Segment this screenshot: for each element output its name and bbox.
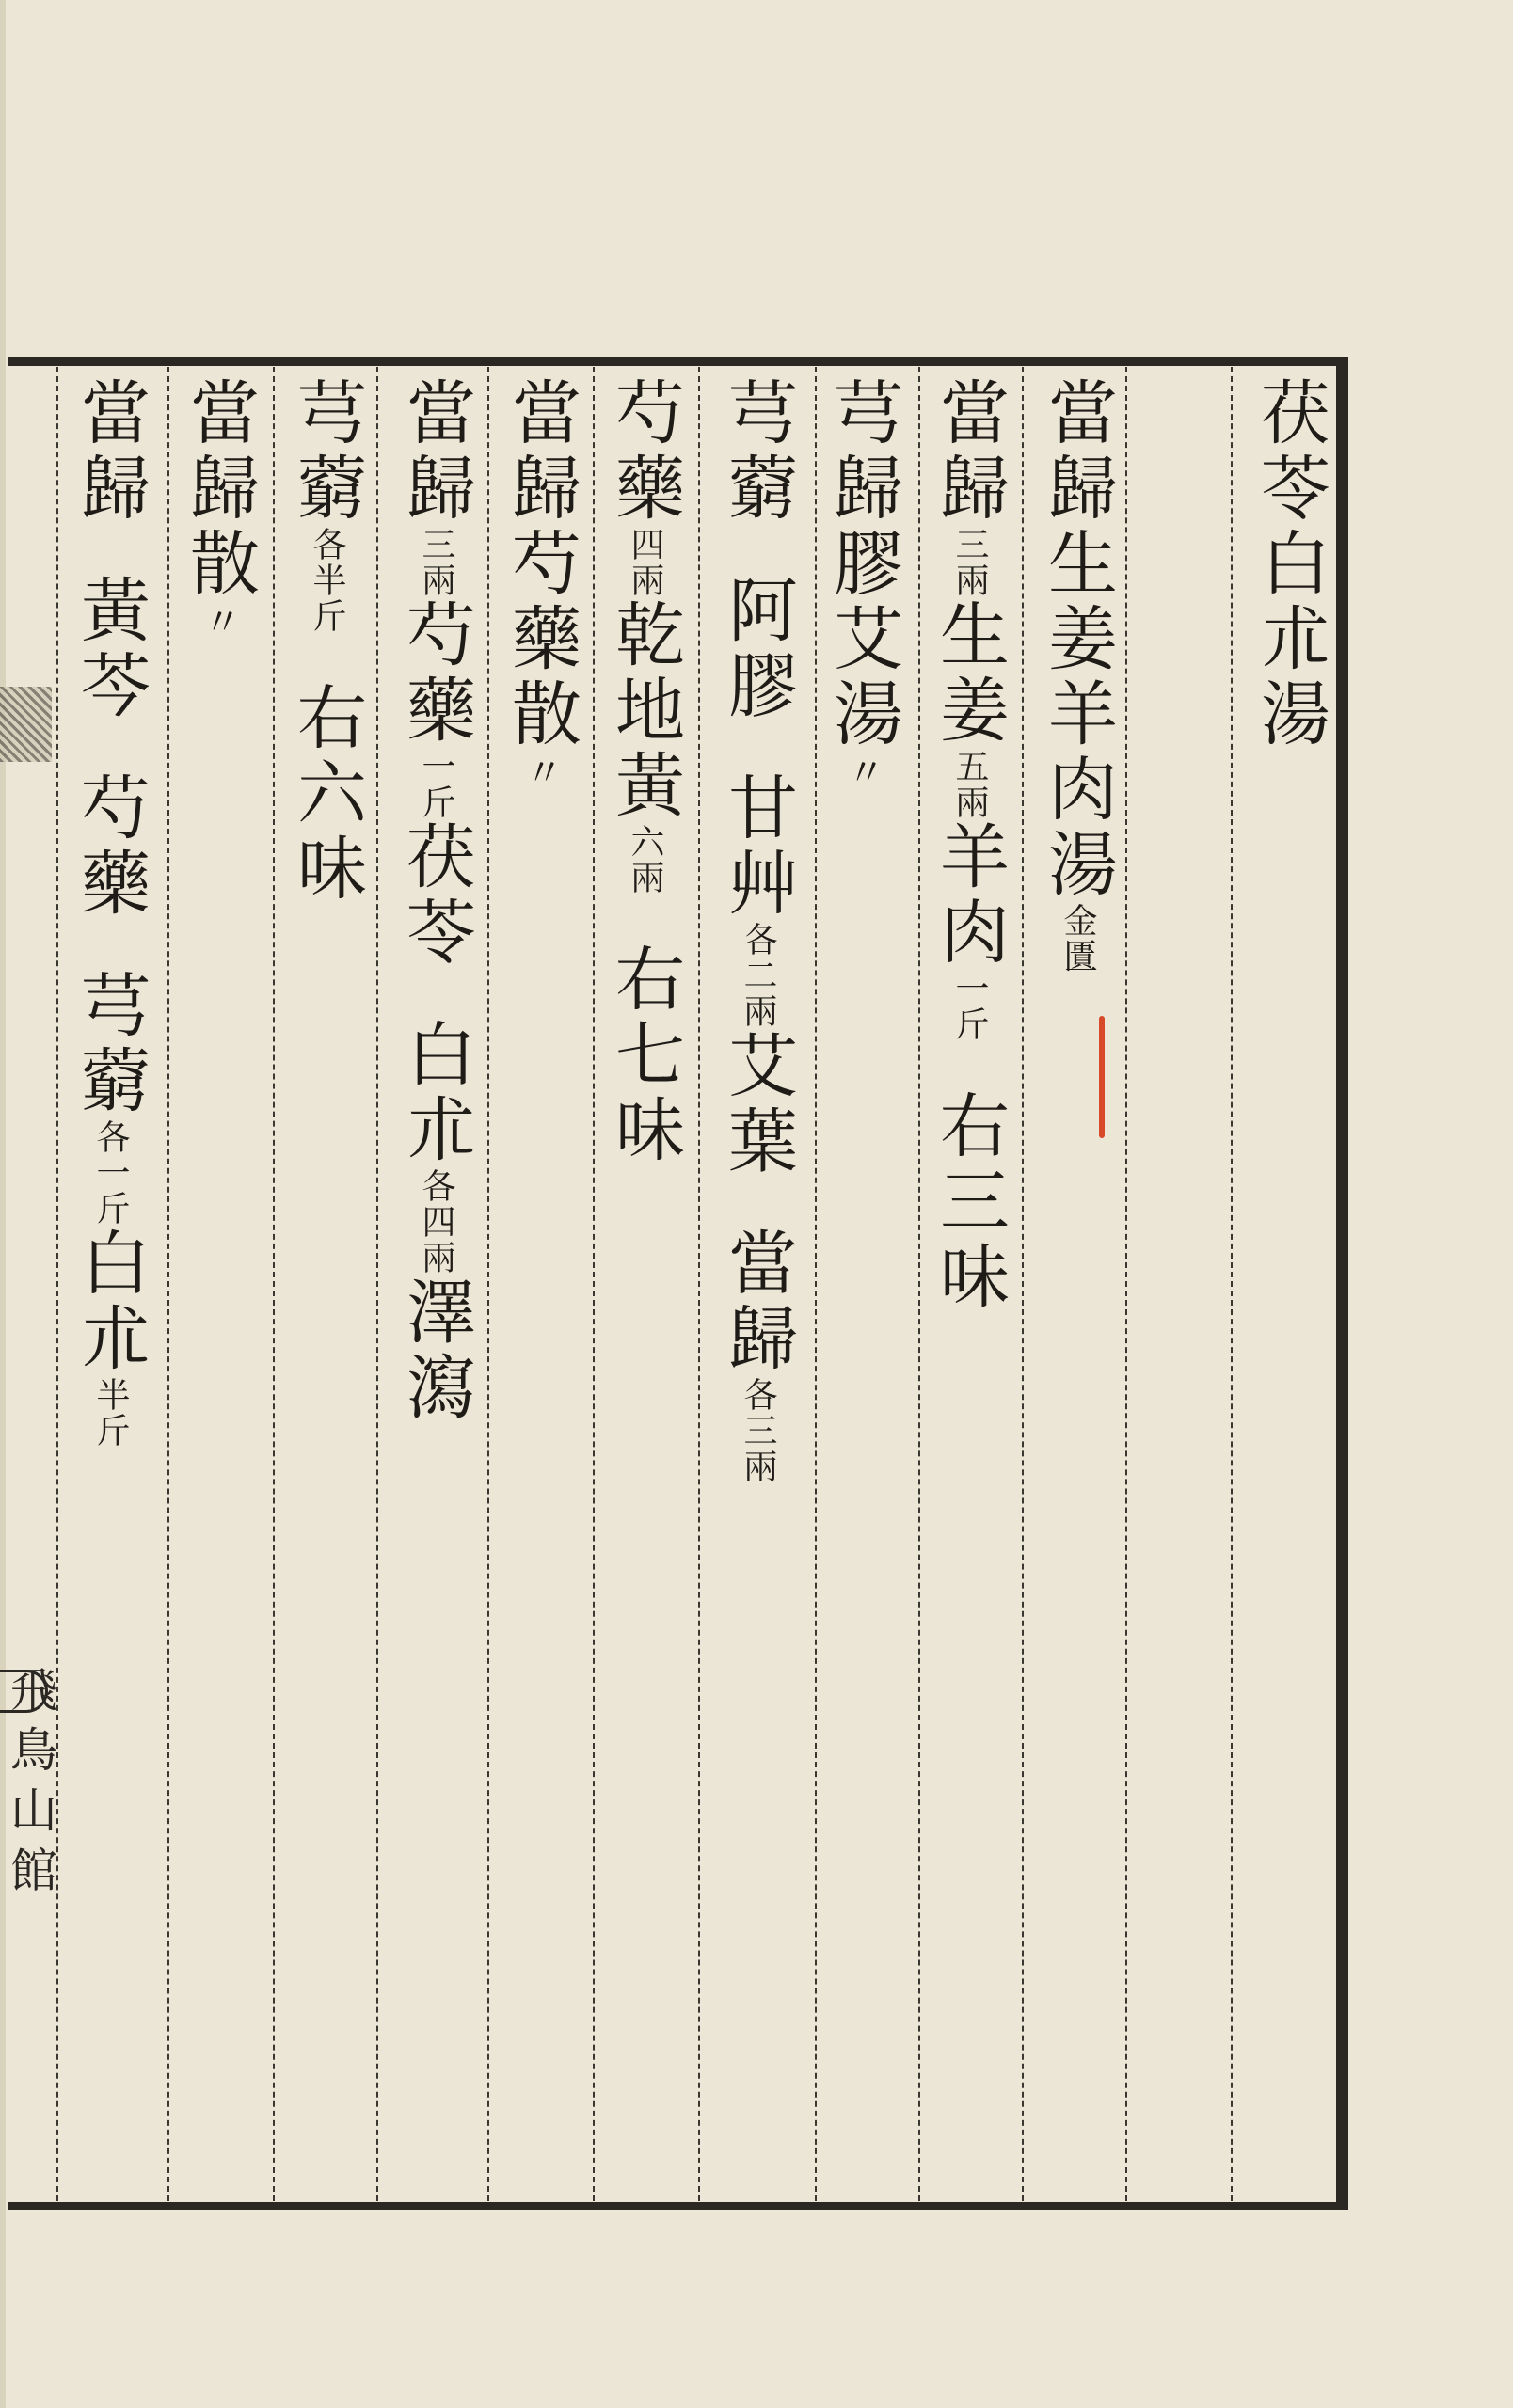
dosage-annotation: 各一斤 xyxy=(91,1119,130,1227)
text-column-heading: 芎歸膠艾湯〃 xyxy=(811,376,915,2192)
text-segment: 當歸生姜羊肉湯 xyxy=(1037,376,1118,903)
text-segment: 當歸 xyxy=(395,376,476,527)
text-segment: 阿膠 xyxy=(717,574,798,724)
text-column-ingredients: 當歸三兩生姜五兩羊肉一斤右三味 xyxy=(917,376,1021,2192)
text-column-ingredients: 芎藭各半斤右六味 xyxy=(275,376,378,2192)
text-segment: 芍藥 xyxy=(604,376,685,527)
text-column-ingredients: 芍藥四兩乾地黃六兩右七味 xyxy=(593,376,696,2192)
red-annotation-bracket xyxy=(1099,1016,1105,1138)
text-segment: 乾地黃 xyxy=(604,598,685,824)
text-segment: 茯苓 xyxy=(395,820,476,971)
text-segment: 當歸 xyxy=(70,376,151,527)
text-segment: 右三味 xyxy=(929,1089,1010,1315)
text-column-heading: 茯苓白朮湯 xyxy=(1238,376,1342,2192)
text-segment: 芎藭 xyxy=(70,969,151,1119)
text-segment: 芎歸膠艾湯 xyxy=(822,376,903,752)
text-segment: 茯苓白朮湯 xyxy=(1250,376,1330,752)
text-segment: 右六味 xyxy=(286,681,367,907)
text-segment: 當歸 xyxy=(929,376,1010,527)
text-segment: 芍藥 xyxy=(70,771,151,922)
text-segment: 澤瀉 xyxy=(395,1275,476,1426)
dosage-annotation: 四兩 xyxy=(626,527,664,598)
text-segment: 芎藭 xyxy=(717,376,798,527)
text-segment: 羊肉 xyxy=(929,820,1010,971)
dosage-annotation: 各二兩 xyxy=(739,922,777,1029)
margin-publisher-seal: 飛鳥山館 xyxy=(4,1665,56,2192)
text-column-heading: 當歸散〃 xyxy=(167,376,271,2192)
dosage-annotation: 五兩 xyxy=(950,749,989,820)
dosage-annotation: 三兩 xyxy=(950,527,989,598)
text-segment: 黃芩 xyxy=(70,574,151,724)
column-rule xyxy=(1022,367,1024,2201)
text-segment: 芎藭 xyxy=(286,376,367,527)
repeat-mark: 〃 xyxy=(198,602,241,640)
text-segment: 當歸散 xyxy=(179,376,260,602)
text-segment: 右七味 xyxy=(604,943,685,1168)
dosage-annotation: 六兩 xyxy=(626,824,664,895)
text-column-heading: 當歸芍藥散〃 xyxy=(489,376,593,2192)
dosage-annotation: 各半斤 xyxy=(308,527,346,634)
column-rule xyxy=(698,367,700,2201)
repeat-mark: 〃 xyxy=(841,752,884,790)
text-segment: 當歸 xyxy=(717,1227,798,1377)
dosage-annotation: 各三兩 xyxy=(739,1377,777,1484)
column-rule xyxy=(1231,367,1233,2201)
text-segment: 甘艸 xyxy=(717,771,798,922)
dosage-annotation: 三兩 xyxy=(417,527,455,598)
dosage-annotation: 金匱 xyxy=(1059,903,1097,974)
dosage-annotation: 一斤 xyxy=(417,749,455,820)
text-segment: 白朮 xyxy=(395,1018,476,1168)
text-column-ingredients: 當歸三兩芍藥一斤茯苓白朮各四兩澤瀉 xyxy=(384,376,487,2192)
dosage-annotation: 各四兩 xyxy=(417,1168,455,1275)
text-segment: 白朮 xyxy=(70,1227,151,1377)
text-column-ingredients: 芎藭阿膠甘艸各二兩艾葉當歸各三兩 xyxy=(706,376,809,2192)
text-segment: 艾葉 xyxy=(717,1029,798,1180)
repeat-mark: 〃 xyxy=(519,752,563,790)
dosage-annotation: 半斤 xyxy=(91,1377,130,1449)
text-column-ingredients: 當歸黃芩芍藥芎藭各一斤白朮半斤 xyxy=(58,376,162,2192)
dosage-annotation: 一斤 xyxy=(950,971,989,1042)
text-column-heading: 當歸生姜羊肉湯金匱 xyxy=(1026,376,1129,2192)
text-segment: 當歸芍藥散 xyxy=(501,376,581,752)
text-segment: 芍藥 xyxy=(395,598,476,749)
text-segment: 生姜 xyxy=(929,598,1010,749)
